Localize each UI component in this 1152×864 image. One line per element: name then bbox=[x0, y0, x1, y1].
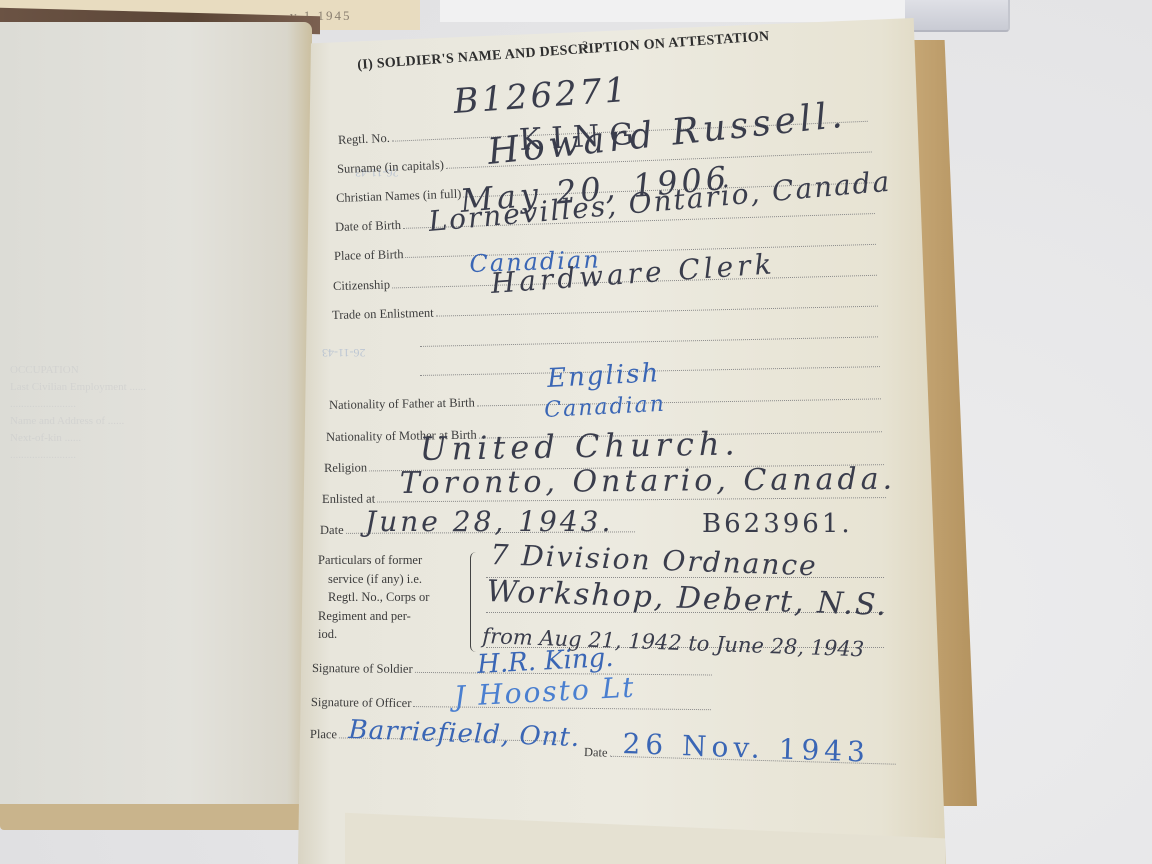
handwritten-service-number: B623961. bbox=[702, 509, 853, 539]
handwritten-enlisted-at: Toronto, Ontario, Canada. bbox=[400, 462, 897, 501]
background-paper bbox=[440, 0, 910, 22]
former-service-bracket bbox=[470, 552, 478, 652]
plastic-sleeve bbox=[905, 0, 1010, 32]
left-page-bleed-text: OCCUPATION Last Civilian Employment ....… bbox=[10, 362, 270, 464]
former-service-label: Particulars of former service (if any) i… bbox=[318, 551, 468, 644]
handwritten-enlistment-date: June 28, 1943. bbox=[365, 505, 613, 538]
left-page: OCCUPATION Last Civilian Employment ....… bbox=[0, 22, 312, 804]
stamp-mark: 26-11-43 bbox=[322, 345, 366, 360]
handwritten-father-nationality: English bbox=[546, 358, 661, 394]
handwritten-religion: United Church. bbox=[419, 424, 740, 468]
